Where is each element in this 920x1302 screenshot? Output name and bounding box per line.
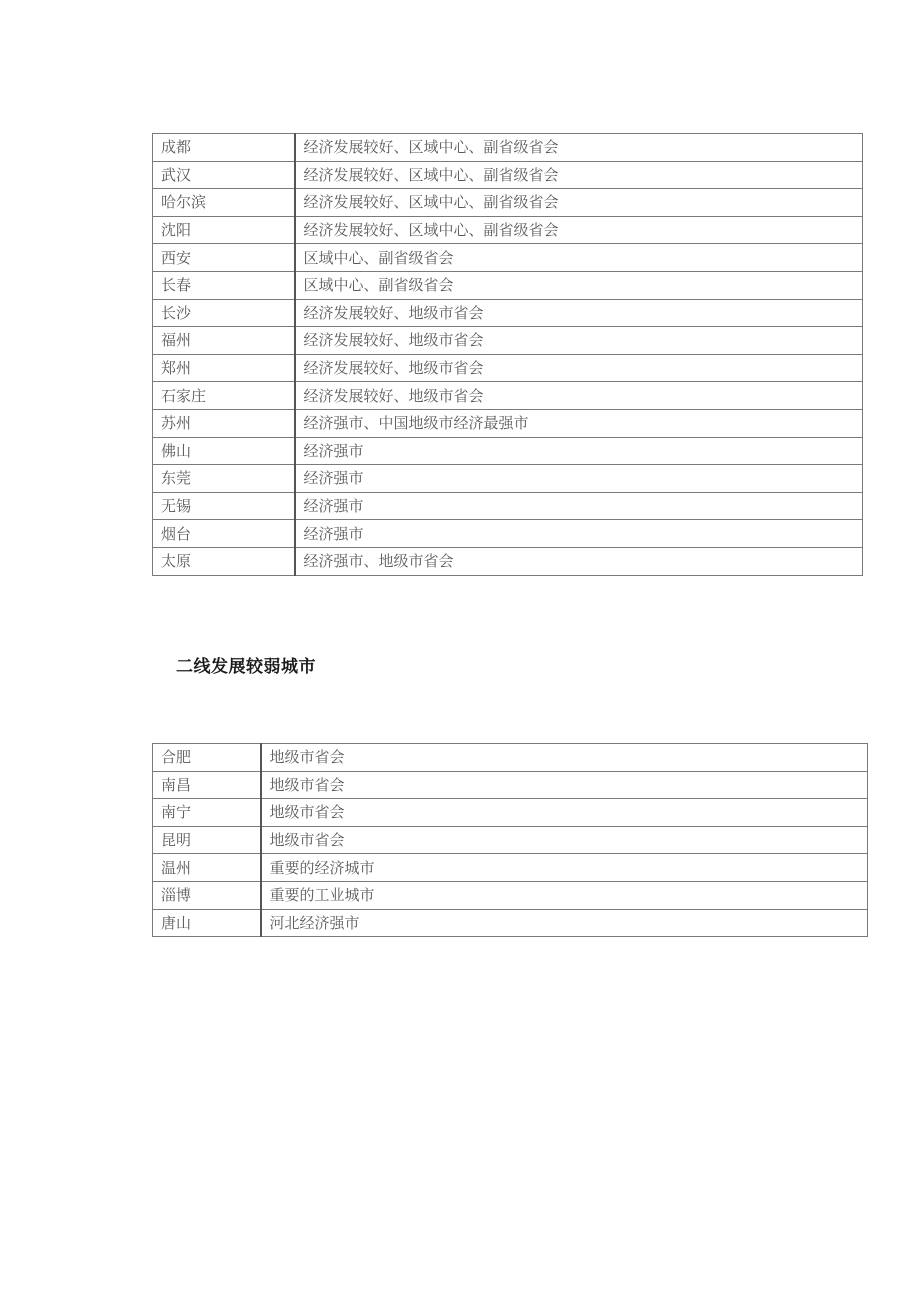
description-cell: 区域中心、副省级省会 bbox=[295, 271, 863, 299]
city-cell: 昆明 bbox=[153, 826, 261, 854]
description-cell: 区域中心、副省级省会 bbox=[295, 244, 863, 272]
table-row: 沈阳经济发展较好、区域中心、副省级省会 bbox=[153, 216, 863, 244]
tier2-weak-cities-table: 合肥地级市省会 南昌地级市省会 南宁地级市省会 昆明地级市省会 温州重要的经济城… bbox=[152, 743, 868, 937]
description-cell: 河北经济强市 bbox=[261, 909, 868, 937]
city-cell: 哈尔滨 bbox=[153, 189, 295, 217]
description-cell: 地级市省会 bbox=[261, 771, 868, 799]
city-cell: 东莞 bbox=[153, 465, 295, 493]
table-row: 南昌地级市省会 bbox=[153, 771, 868, 799]
table-row: 石家庄经济发展较好、地级市省会 bbox=[153, 382, 863, 410]
city-cell: 成都 bbox=[153, 134, 295, 162]
description-cell: 经济发展较好、地级市省会 bbox=[295, 354, 863, 382]
city-cell: 西安 bbox=[153, 244, 295, 272]
table-row: 无锡经济强市 bbox=[153, 492, 863, 520]
description-cell: 经济发展较好、地级市省会 bbox=[295, 327, 863, 355]
city-cell: 佛山 bbox=[153, 437, 295, 465]
table-row: 哈尔滨经济发展较好、区域中心、副省级省会 bbox=[153, 189, 863, 217]
description-cell: 经济发展较好、区域中心、副省级省会 bbox=[295, 216, 863, 244]
city-cell: 合肥 bbox=[153, 744, 261, 772]
table-row: 昆明地级市省会 bbox=[153, 826, 868, 854]
section-heading-tier2-weak: 二线发展较弱城市 bbox=[176, 652, 316, 677]
city-cell: 长沙 bbox=[153, 299, 295, 327]
table-row: 南宁地级市省会 bbox=[153, 799, 868, 827]
description-cell: 经济强市、地级市省会 bbox=[295, 547, 863, 575]
city-cell: 武汉 bbox=[153, 161, 295, 189]
city-cell: 苏州 bbox=[153, 409, 295, 437]
table-row: 武汉经济发展较好、区域中心、副省级省会 bbox=[153, 161, 863, 189]
table-row: 合肥地级市省会 bbox=[153, 744, 868, 772]
description-cell: 经济发展较好、区域中心、副省级省会 bbox=[295, 189, 863, 217]
table-row: 长春区域中心、副省级省会 bbox=[153, 271, 863, 299]
city-cell: 沈阳 bbox=[153, 216, 295, 244]
description-cell: 经济发展较好、区域中心、副省级省会 bbox=[295, 161, 863, 189]
table-row: 淄博重要的工业城市 bbox=[153, 881, 868, 909]
table-row: 郑州经济发展较好、地级市省会 bbox=[153, 354, 863, 382]
description-cell: 经济发展较好、地级市省会 bbox=[295, 382, 863, 410]
city-cell: 太原 bbox=[153, 547, 295, 575]
description-cell: 经济强市 bbox=[295, 492, 863, 520]
city-cell: 唐山 bbox=[153, 909, 261, 937]
description-cell: 经济强市 bbox=[295, 520, 863, 548]
description-cell: 经济发展较好、区域中心、副省级省会 bbox=[295, 134, 863, 162]
description-cell: 经济强市 bbox=[295, 465, 863, 493]
city-cell: 烟台 bbox=[153, 520, 295, 548]
table-row: 温州重要的经济城市 bbox=[153, 854, 868, 882]
table-row: 佛山经济强市 bbox=[153, 437, 863, 465]
tier2-strong-cities-table: 成都经济发展较好、区域中心、副省级省会 武汉经济发展较好、区域中心、副省级省会 … bbox=[152, 133, 863, 576]
city-cell: 淄博 bbox=[153, 881, 261, 909]
table-row: 太原经济强市、地级市省会 bbox=[153, 547, 863, 575]
city-cell: 无锡 bbox=[153, 492, 295, 520]
table-row: 福州经济发展较好、地级市省会 bbox=[153, 327, 863, 355]
table-row: 唐山河北经济强市 bbox=[153, 909, 868, 937]
city-cell: 郑州 bbox=[153, 354, 295, 382]
description-cell: 经济强市、中国地级市经济最强市 bbox=[295, 409, 863, 437]
description-cell: 经济发展较好、地级市省会 bbox=[295, 299, 863, 327]
table-row: 长沙经济发展较好、地级市省会 bbox=[153, 299, 863, 327]
city-cell: 石家庄 bbox=[153, 382, 295, 410]
table-row: 西安区域中心、副省级省会 bbox=[153, 244, 863, 272]
table-row: 成都经济发展较好、区域中心、副省级省会 bbox=[153, 134, 863, 162]
city-cell: 南昌 bbox=[153, 771, 261, 799]
table-row: 烟台经济强市 bbox=[153, 520, 863, 548]
city-cell: 南宁 bbox=[153, 799, 261, 827]
description-cell: 地级市省会 bbox=[261, 744, 868, 772]
table-row: 苏州经济强市、中国地级市经济最强市 bbox=[153, 409, 863, 437]
description-cell: 地级市省会 bbox=[261, 799, 868, 827]
description-cell: 地级市省会 bbox=[261, 826, 868, 854]
description-cell: 重要的工业城市 bbox=[261, 881, 868, 909]
table-row: 东莞经济强市 bbox=[153, 465, 863, 493]
description-cell: 经济强市 bbox=[295, 437, 863, 465]
city-cell: 福州 bbox=[153, 327, 295, 355]
city-cell: 温州 bbox=[153, 854, 261, 882]
description-cell: 重要的经济城市 bbox=[261, 854, 868, 882]
city-cell: 长春 bbox=[153, 271, 295, 299]
